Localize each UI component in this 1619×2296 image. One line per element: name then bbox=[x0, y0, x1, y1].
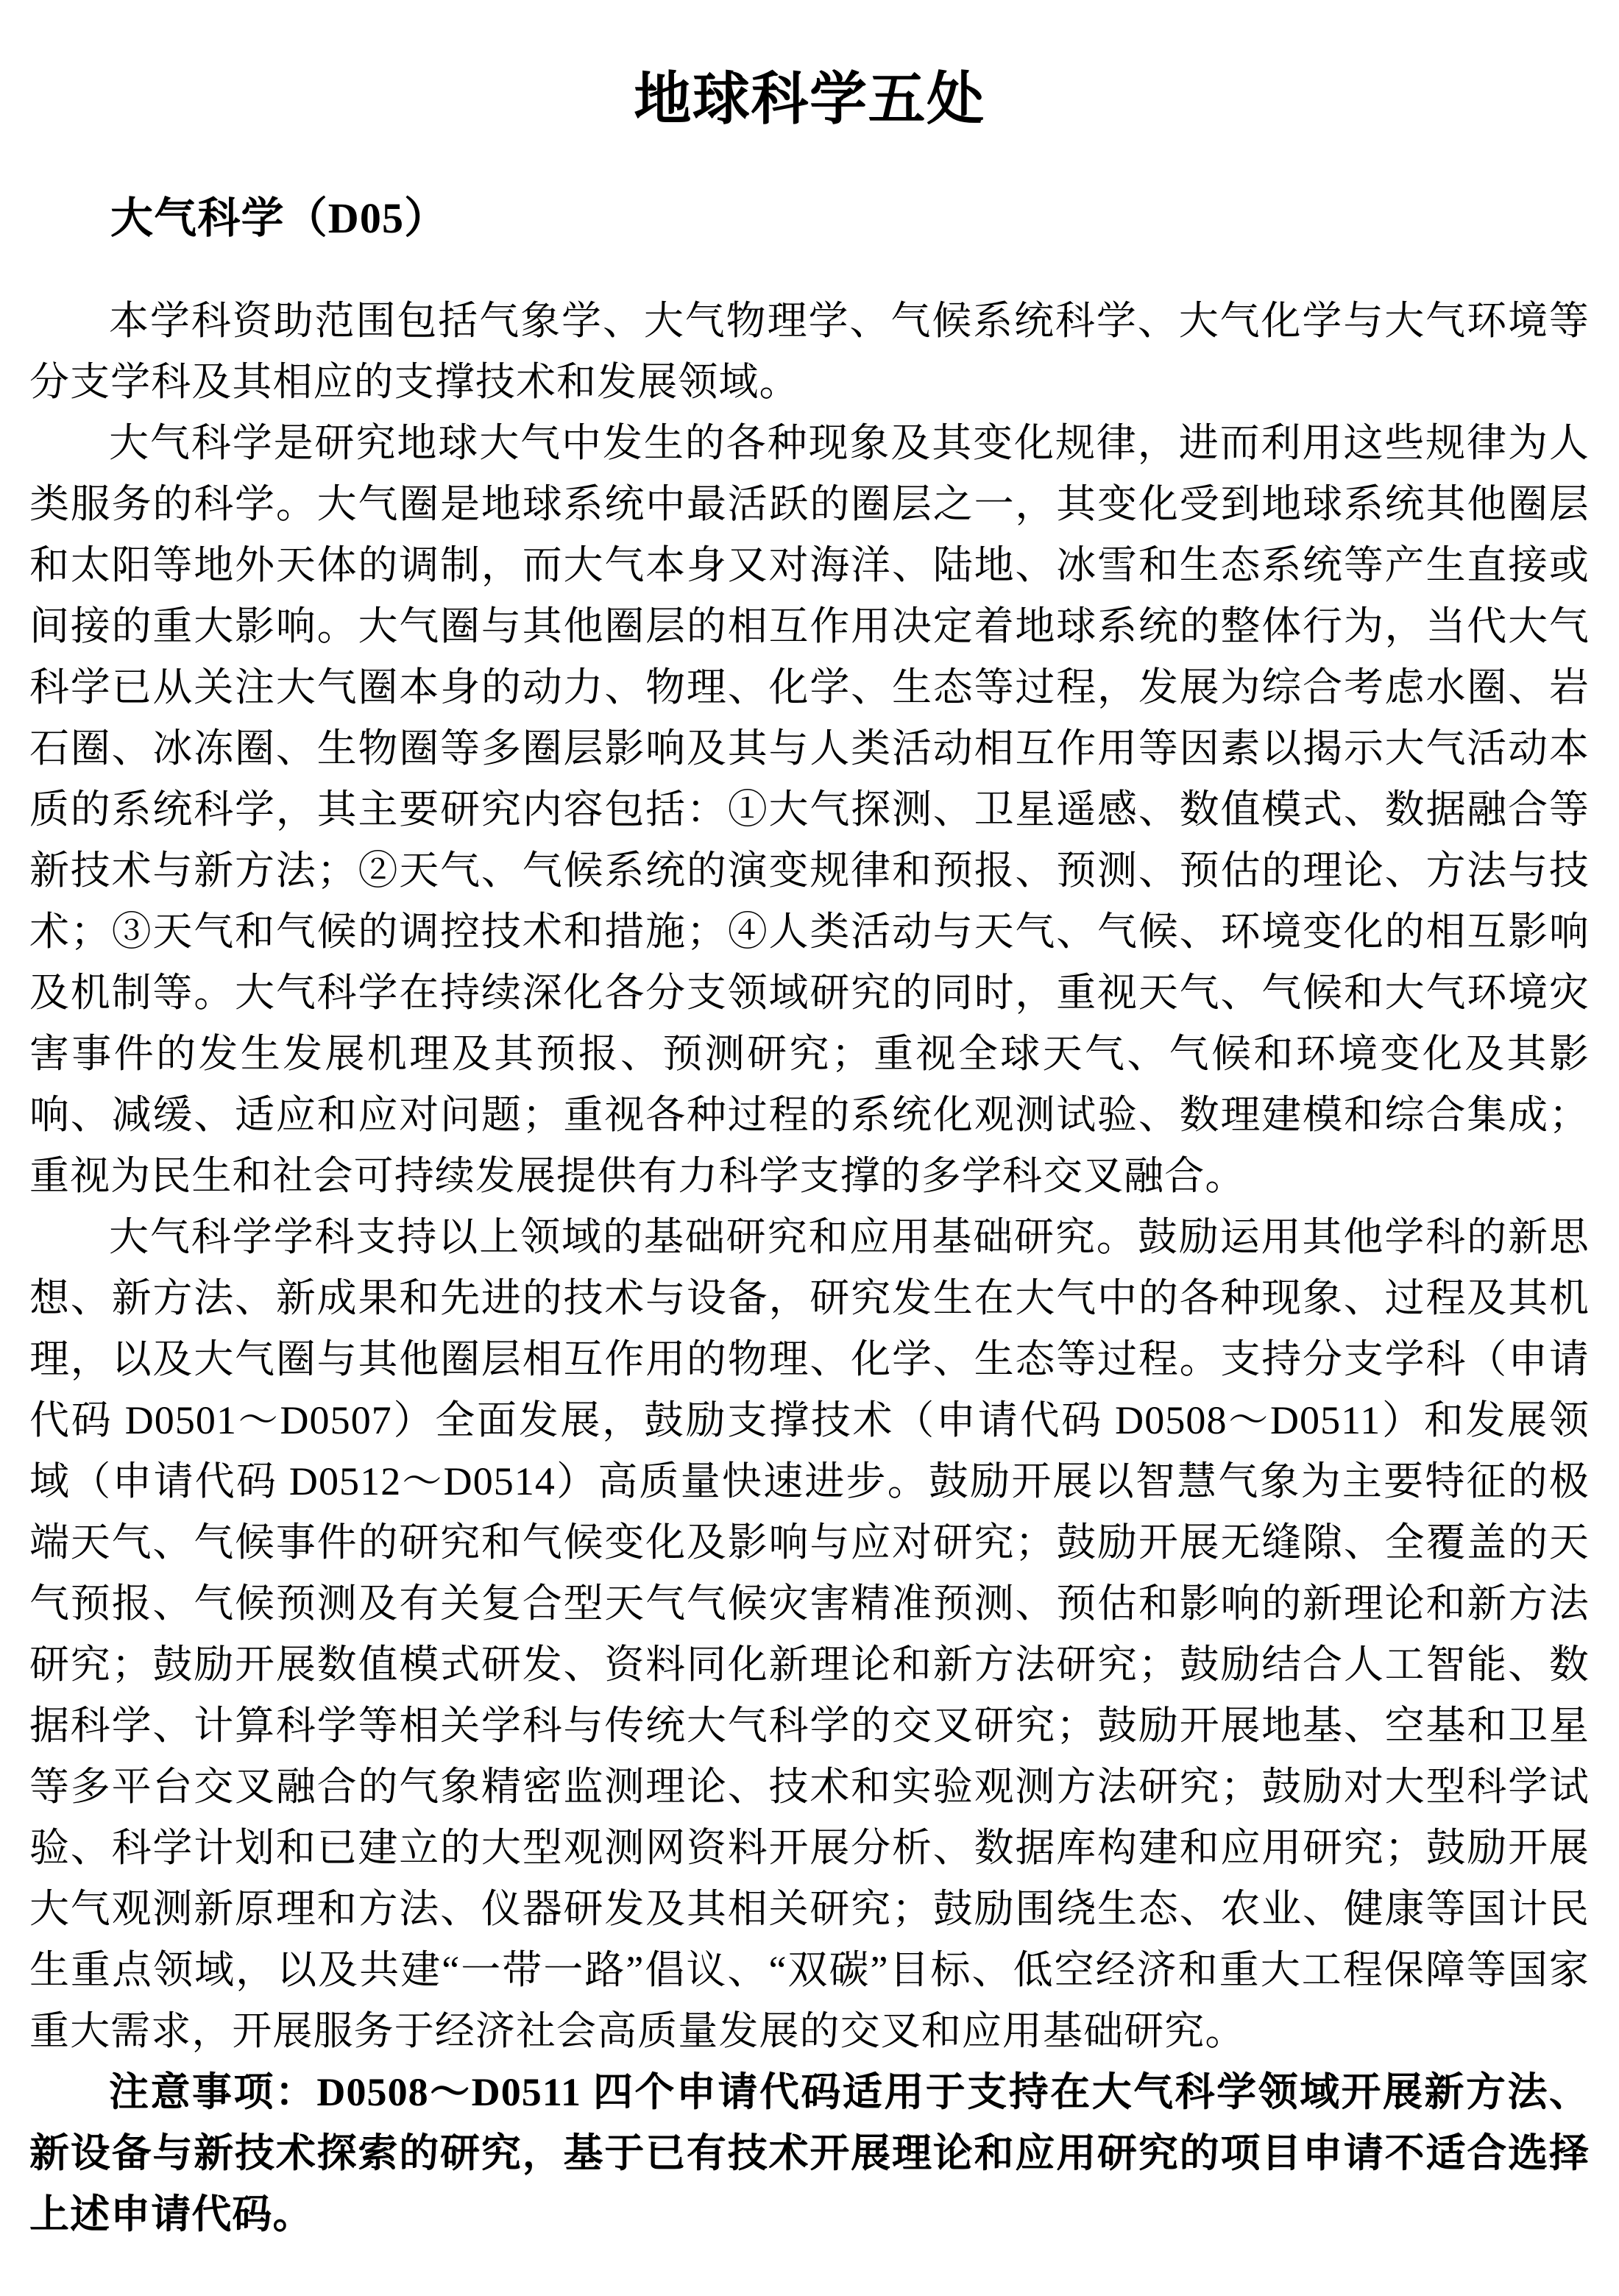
document-page: 地球科学五处 大气科学（D05） 本学科资助范围包括气象学、大气物理学、气候系统… bbox=[0, 0, 1619, 2296]
page-title: 地球科学五处 bbox=[29, 63, 1590, 135]
paragraph-scope: 本学科资助范围包括气象学、大气物理学、气候系统科学、大气化学与大气环境等分支学科… bbox=[29, 291, 1590, 413]
paragraph-funding-encouragement: 大气科学学科支持以上领域的基础研究和应用基础研究。鼓励运用其他学科的新思想、新方… bbox=[29, 1207, 1590, 2062]
paragraph-discipline-overview: 大气科学是研究地球大气中发生的各种现象及其变化规律，进而利用这些规律为人类服务的… bbox=[29, 413, 1590, 1207]
paragraph-note: 注意事项：D0508～D0511 四个申请代码适用于支持在大气科学领域开展新方法… bbox=[29, 2062, 1590, 2245]
section-heading: 大气科学（D05） bbox=[110, 193, 1590, 244]
